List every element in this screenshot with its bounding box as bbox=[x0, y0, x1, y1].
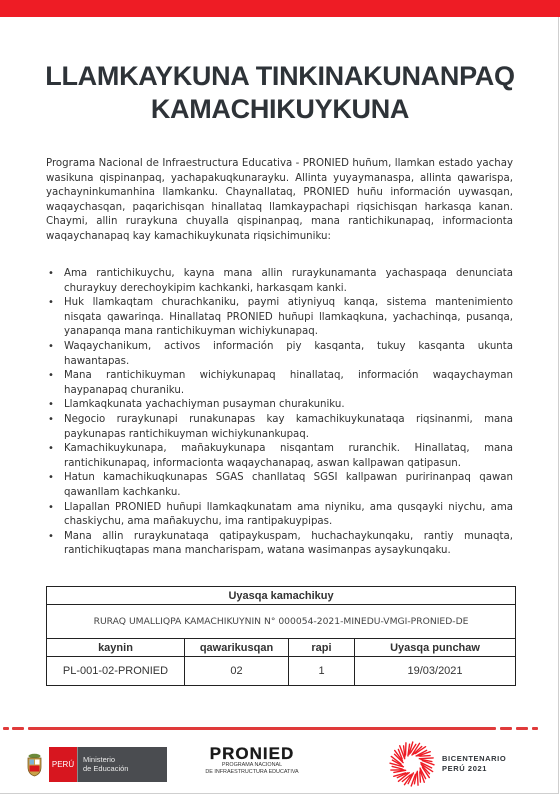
list-item-text: Ama rantichikuychu, kayna mana allin rur… bbox=[64, 268, 513, 294]
bicentenario-label: BICENTENARIO PERÚ 2021 bbox=[442, 754, 506, 774]
list-item: •Negocio ruraykunapi runakunapas kay kam… bbox=[46, 413, 513, 442]
table-row: PL-001-02-PRONIED 02 1 19/03/2021 bbox=[47, 657, 516, 686]
bullet-icon: • bbox=[48, 413, 54, 428]
bicentenario-logo: BICENTENARIO PERÚ 2021 bbox=[388, 740, 506, 788]
column-header-code: kaynin bbox=[47, 639, 185, 657]
cell-code: PL-001-02-PRONIED bbox=[47, 657, 185, 686]
title-line-2: KAMACHIKUYKUNA bbox=[0, 93, 560, 126]
list-item-text: Hatun kamachikuqkunapas SGAS chanllataq … bbox=[64, 472, 513, 498]
top-red-bar bbox=[0, 0, 560, 17]
bicentenario-line-2: PERÚ 2021 bbox=[442, 764, 506, 774]
approval-table-header: Uyasqa kamachikuy bbox=[47, 587, 516, 605]
list-item-text: Huk llamkaqtam churachkaniku, paymi atiy… bbox=[64, 297, 513, 337]
list-item: •Ama rantichikuychu, kayna mana allin ru… bbox=[46, 267, 513, 296]
list-item: •Llamkaqkunata yachachiyman pusayman chu… bbox=[46, 398, 513, 413]
cell-page: 1 bbox=[289, 657, 355, 686]
minedu-logo: PERÚ Ministerio de Educación bbox=[26, 747, 167, 782]
column-header-page: rapi bbox=[289, 639, 355, 657]
pronied-subtitle-2: DE INFRAESTRUCTURA EDUCATIVA bbox=[185, 769, 319, 776]
page-title: LLAMKAYKUNA TINKINAKUNANPAQ KAMACHIKUYKU… bbox=[0, 60, 560, 126]
cell-approval-date: 19/03/2021 bbox=[355, 657, 516, 686]
list-item: •Llapallan PRONIED huñupi llamkaqkunatam… bbox=[46, 501, 513, 530]
list-item-text: Mana rantichikuyman wichiykunapaq hinall… bbox=[64, 370, 513, 396]
bullet-icon: • bbox=[48, 530, 54, 545]
bullet-icon: • bbox=[48, 369, 54, 384]
pronied-subtitle-1: PROGRAMA NACIONAL bbox=[185, 762, 319, 769]
list-item: •Huk llamkaqtam churachkaniku, paymi ati… bbox=[46, 296, 513, 340]
bicentenario-line-1: BICENTENARIO bbox=[442, 754, 506, 764]
title-line-1: LLAMKAYKUNA TINKINAKUNANPAQ bbox=[0, 60, 560, 93]
footer-divider bbox=[0, 727, 560, 730]
peru-label: PERÚ bbox=[49, 747, 77, 782]
ministry-label: Ministerio de Educación bbox=[77, 747, 167, 782]
list-item-text: Llapallan PRONIED huñupi llamkaqkunatam … bbox=[64, 502, 513, 528]
column-header-approval-date: Uyasqa punchaw bbox=[355, 639, 516, 657]
pronied-wordmark: PRONIED bbox=[185, 745, 319, 762]
cell-version: 02 bbox=[185, 657, 289, 686]
bicentenario-emblem-icon bbox=[388, 740, 436, 788]
list-item-text: Waqaychanikum, activos información piy k… bbox=[64, 341, 513, 367]
intro-paragraph: Programa Nacional de Infraestructura Edu… bbox=[46, 157, 513, 245]
bullet-icon: • bbox=[48, 471, 54, 486]
bullet-icon: • bbox=[48, 340, 54, 355]
ministry-line-2: de Educación bbox=[83, 765, 167, 774]
list-item-text: Negocio ruraykunapi runakunapas kay kama… bbox=[64, 414, 513, 440]
list-item-text: Mana allin ruraykunataqa qatipaykuspam, … bbox=[64, 531, 513, 557]
bullet-icon: • bbox=[48, 398, 54, 413]
approval-table: Uyasqa kamachikuy RURAQ UMALLIQPA KAMACH… bbox=[46, 586, 516, 686]
list-item: •Mana allin ruraykunataqa qatipaykuspam,… bbox=[46, 530, 513, 559]
bullet-icon: • bbox=[48, 442, 54, 457]
column-header-version: qawarikusqan bbox=[185, 639, 289, 657]
list-item: •Mana rantichikuyman wichiykunapaq hinal… bbox=[46, 369, 513, 398]
pronied-logo: PRONIED PROGRAMA NACIONAL DE INFRAESTRUC… bbox=[185, 745, 319, 776]
policy-list: •Ama rantichikuychu, kayna mana allin ru… bbox=[46, 267, 513, 559]
bullet-icon: • bbox=[48, 296, 54, 311]
resolution-reference: RURAQ UMALLIQPA KAMACHIKUYNIN N° 000054-… bbox=[47, 605, 516, 639]
list-item: •Waqaychanikum, activos información piy … bbox=[46, 340, 513, 369]
list-item: •Hatun kamachikuqkunapas SGAS chanllataq… bbox=[46, 471, 513, 500]
coat-of-arms-icon bbox=[26, 753, 43, 777]
bullet-icon: • bbox=[48, 267, 54, 282]
list-item-text: Kamachikuykunapa, mañakuykunapa nisqanta… bbox=[64, 443, 513, 469]
list-item: •Kamachikuykunapa, mañakuykunapa nisqant… bbox=[46, 442, 513, 471]
list-item-text: Llamkaqkunata yachachiyman pusayman chur… bbox=[64, 399, 345, 410]
bullet-icon: • bbox=[48, 501, 54, 516]
